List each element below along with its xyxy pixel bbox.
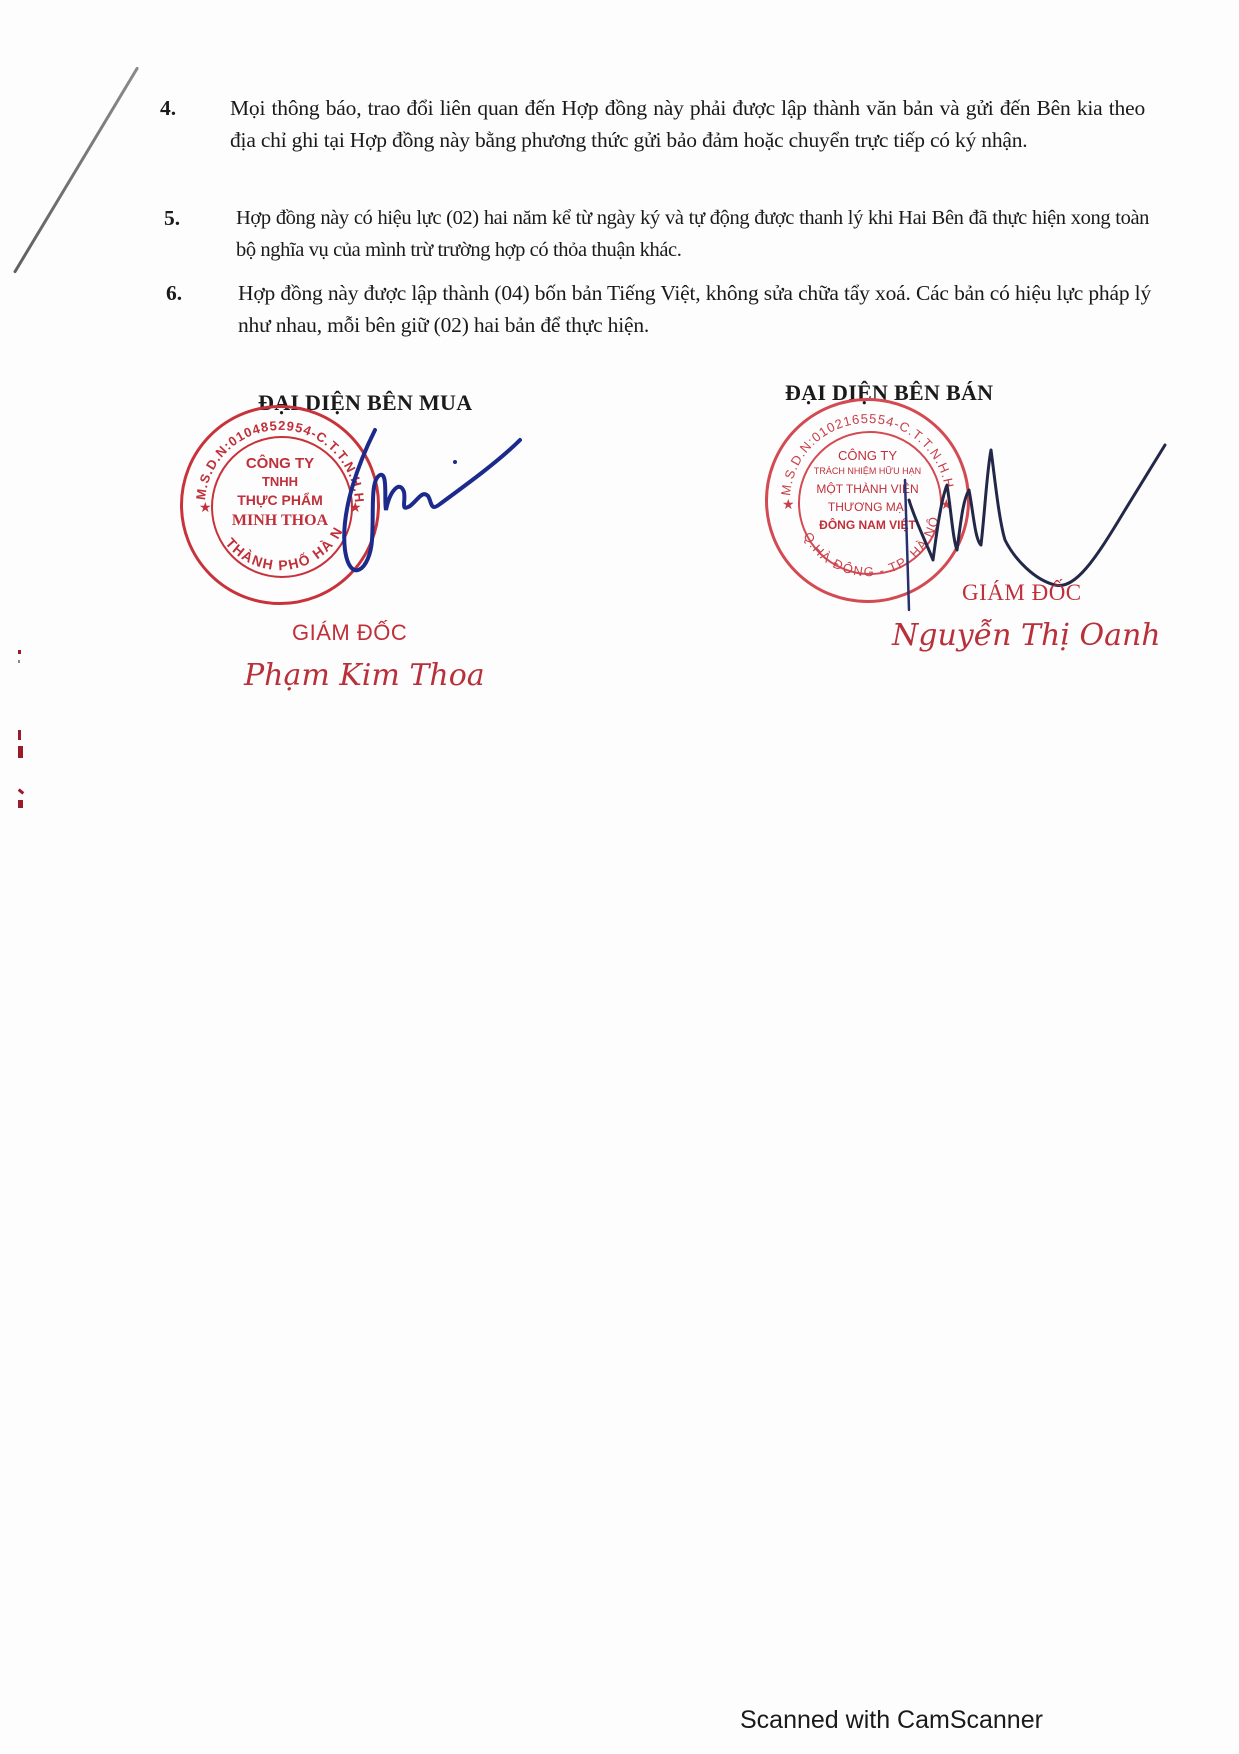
clause-number: 5. [164,202,180,234]
clause-number: 4. [160,92,176,124]
scan-edge-line [13,66,139,273]
clause-4: 4. Mọi thông báo, trao đổi liên quan đến… [160,92,1145,156]
clause-number: 6. [166,277,182,309]
document-page: 4. Mọi thông báo, trao đổi liên quan đến… [0,0,1239,1754]
clause-6: 6. Hợp đồng này được lập thành (04) bốn … [166,277,1151,341]
buyer-name: Phạm Kim Thoa [244,658,485,693]
seller-title: GIÁM ĐỐC [962,580,1082,606]
margin-stamp-fragment [18,640,30,830]
seller-name: Nguyễn Thị Oanh [892,618,1161,653]
camscanner-watermark: Scanned with CamScanner [740,1706,1043,1735]
clause-text: Hợp đồng này được lập thành (04) bốn bản… [238,277,1151,341]
buyer-handwritten-signature [300,420,540,590]
clause-text: Hợp đồng này có hiệu lực (02) hai năm kể… [236,202,1149,266]
buyer-title: GIÁM ĐỐC [292,620,407,646]
clause-text: Mọi thông báo, trao đổi liên quan đến Hợ… [230,92,1145,156]
clause-5: 5. Hợp đồng này có hiệu lực (02) hai năm… [164,202,1149,266]
